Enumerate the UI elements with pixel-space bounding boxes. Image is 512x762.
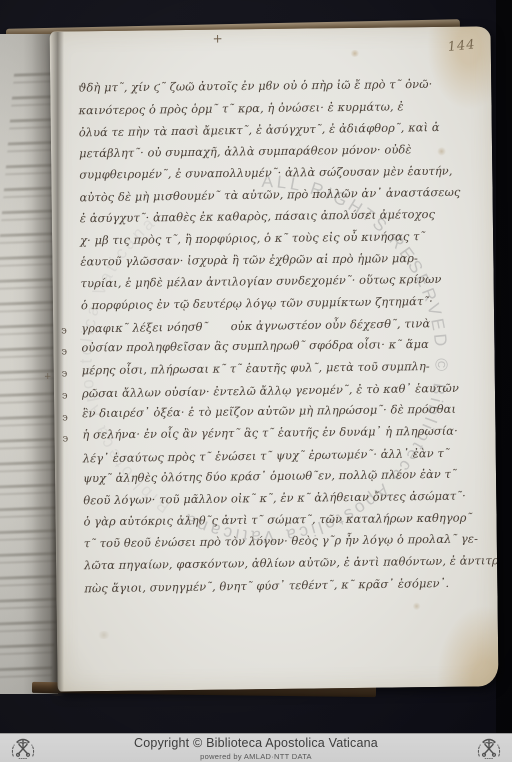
manuscript-line: πὼς ἅγιοι, συνηγμέν῀, θνητ῀ φύσ᾽ τεθέντ῀… bbox=[84, 576, 464, 603]
manuscript-line: ἡ σελήνα· ἐν οἷς ἂν γένητ῀ ἃς τ῀ ἑαυτῆς … bbox=[82, 424, 462, 450]
page-stain bbox=[97, 631, 111, 639]
viewer-footer-bar: Copyright © Biblioteca Apostolica Vatica… bbox=[0, 733, 512, 762]
manuscript-line: οὐσίαν προληφθεῖσαν ἃς συμπληρωθ῀ σφόδρα… bbox=[81, 337, 461, 363]
manuscript-viewer-screenshot: + + 144 ALL RIGHTS RESERVED © Biblioteca… bbox=[0, 0, 512, 762]
footer-text-block: Copyright © Biblioteca Apostolica Vatica… bbox=[46, 736, 466, 761]
photo-right-dark-band bbox=[496, 0, 512, 733]
manuscript-text-block: ϑδὴ μτ῀, χίν ϛ῀ ζωῶ ἀυτοῖς ἐν μϐν οὐ ὁ π… bbox=[78, 77, 464, 602]
margin-cross-mark: + bbox=[44, 372, 52, 382]
gutter-shadow bbox=[50, 32, 64, 696]
page-stain bbox=[413, 602, 421, 610]
manuscript-line: ἑαυτοῦ γλῶσσαν· ἰσχυρὰ ἢ τῶν ἐχθρῶν αἱ π… bbox=[80, 250, 460, 276]
manuscript-line: ϑδὴ μτ῀, χίν ϛ῀ ζωῶ ἀυτοῖς ἐν μϐν οὐ ὁ π… bbox=[78, 77, 458, 103]
vatican-library-emblem-icon bbox=[8, 736, 38, 760]
page-stain bbox=[350, 50, 360, 57]
copyright-text: Copyright © Biblioteca Apostolica Vatica… bbox=[46, 736, 466, 750]
header-cross-mark: + bbox=[208, 31, 228, 45]
manuscript-page: + 144 ALL RIGHTS RESERVED © Biblioteca A… bbox=[50, 26, 499, 691]
powered-by-text: powered by AMLAD·NTT DATA bbox=[46, 752, 466, 761]
manuscript-line: ὁ γὰρ αὐτόκρις ἀληθ῀ς ἀντὶ τ῀ σώματ῀, τῶ… bbox=[83, 510, 463, 536]
folio-number: 144 bbox=[447, 37, 476, 55]
vatican-library-emblem-icon bbox=[474, 736, 504, 760]
manuscript-photo: + + 144 ALL RIGHTS RESERVED © Biblioteca… bbox=[0, 0, 512, 733]
